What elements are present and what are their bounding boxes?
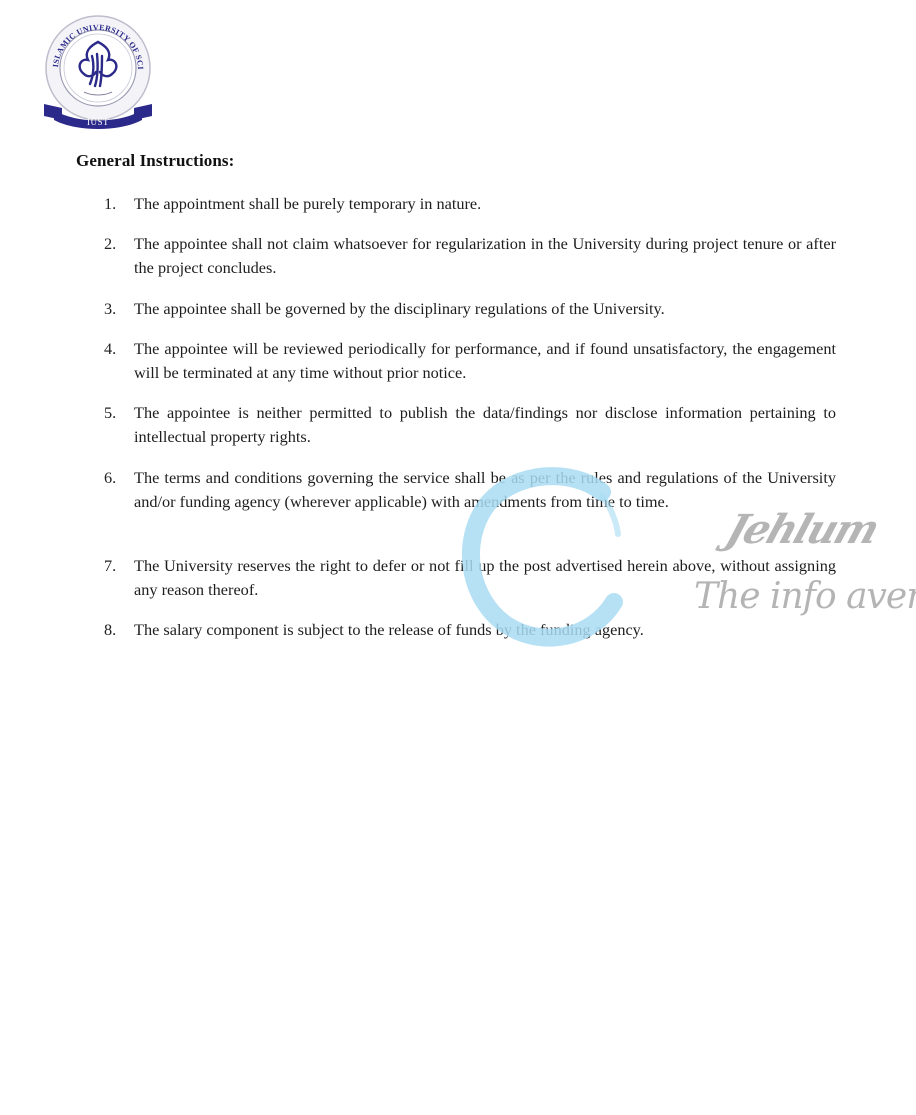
section-heading: General Instructions: [76, 151, 234, 171]
item-text: The appointee is neither permitted to pu… [134, 401, 836, 449]
item-number: 8. [104, 618, 134, 642]
item-number: 6. [104, 466, 134, 514]
item-number: 4. [104, 337, 134, 385]
item-number: 2. [104, 232, 134, 280]
instruction-item: 7. The University reserves the right to … [104, 554, 836, 602]
item-number: 7. [104, 554, 134, 602]
instruction-item: 3. The appointee shall be governed by th… [104, 297, 836, 321]
item-number: 1. [104, 192, 134, 216]
item-text: The University reserves the right to def… [134, 554, 836, 602]
instruction-item: 8. The salary component is subject to th… [104, 618, 836, 642]
item-text: The terms and conditions governing the s… [134, 466, 836, 514]
item-text: The salary component is subject to the r… [134, 618, 836, 642]
instruction-item: 6. The terms and conditions governing th… [104, 466, 836, 514]
item-text: The appointment shall be purely temporar… [134, 192, 836, 216]
instruction-item: 5. The appointee is neither permitted to… [104, 401, 836, 449]
item-number: 5. [104, 401, 134, 449]
instruction-item: 2. The appointee shall not claim whatsoe… [104, 232, 836, 280]
item-text: The appointee shall not claim whatsoever… [134, 232, 836, 280]
item-text: The appointee shall be governed by the d… [134, 297, 836, 321]
university-logo: ISLAMIC UNIVERSITY OF SCIENCE & TECHNOLO… [40, 12, 156, 130]
university-seal-icon: ISLAMIC UNIVERSITY OF SCIENCE & TECHNOLO… [40, 12, 156, 130]
instruction-item: 4. The appointee will be reviewed period… [104, 337, 836, 385]
instruction-item: 1. The appointment shall be purely tempo… [104, 192, 836, 216]
item-text: The appointee will be reviewed periodica… [134, 337, 836, 385]
item-number: 3. [104, 297, 134, 321]
logo-banner-text: IUST [87, 117, 109, 127]
